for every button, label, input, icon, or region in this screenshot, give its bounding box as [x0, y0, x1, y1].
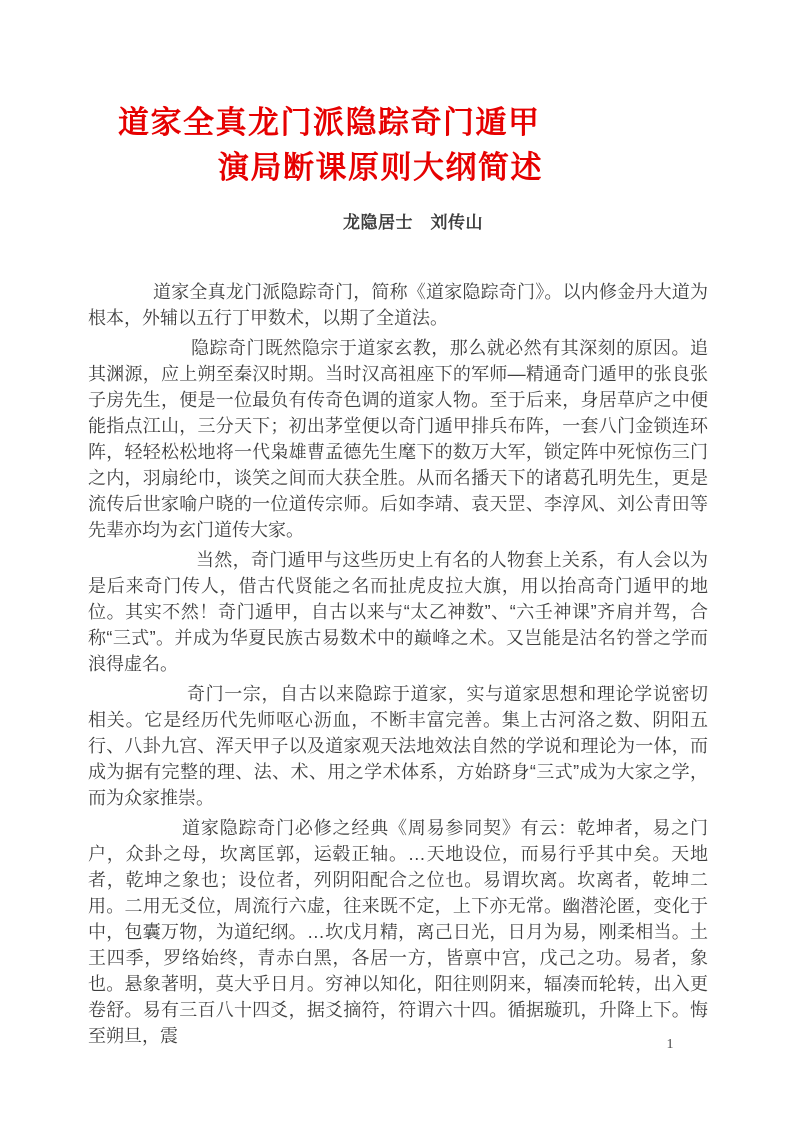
title-line-2: 演局断课原则大纲简述	[88, 145, 708, 190]
author-byline: 龙隐居士 刘传山	[88, 208, 708, 233]
title-line-1: 道家全真龙门派隐踪奇门遁甲	[88, 100, 708, 145]
paragraph-history: 隐踪奇门既然隐宗于道家玄教，那么就必然有其深刻的原因。追其渊源，应上朔至秦汉时期…	[88, 335, 708, 543]
page-number: 1	[640, 1037, 700, 1053]
document-body: 道家全真龙门派隐踪奇门，简称《道家隐踪奇门》。以内修金丹大道为根本，外辅以五行丁…	[88, 279, 708, 1053]
paragraph-intro: 道家全真龙门派隐踪奇门，简称《道家隐踪奇门》。以内修金丹大道为根本，外辅以五行丁…	[88, 279, 708, 331]
document-page: 道家全真龙门派隐踪奇门遁甲 演局断课原则大纲简述 龙隐居士 刘传山 道家全真龙门…	[0, 0, 793, 1122]
paragraph-three-styles: 当然，奇门遁甲与这些历史上有名的人物套上关系，有人会以为是后来奇门传人，借古代贤…	[88, 547, 708, 677]
paragraph-zhouyi-cantongqi: 道家隐踪奇门必修之经典《周易参同契》有云：乾坤者，易之门户，众卦之母，坎离匡郭，…	[88, 815, 708, 1049]
document-title: 道家全真龙门派隐踪奇门遁甲 演局断课原则大纲简述	[88, 100, 708, 190]
paragraph-daoist-roots: 奇门一宗，自古以来隐踪于道家，实与道家思想和理论学说密切相关。它是经历代先师呕心…	[88, 681, 708, 811]
